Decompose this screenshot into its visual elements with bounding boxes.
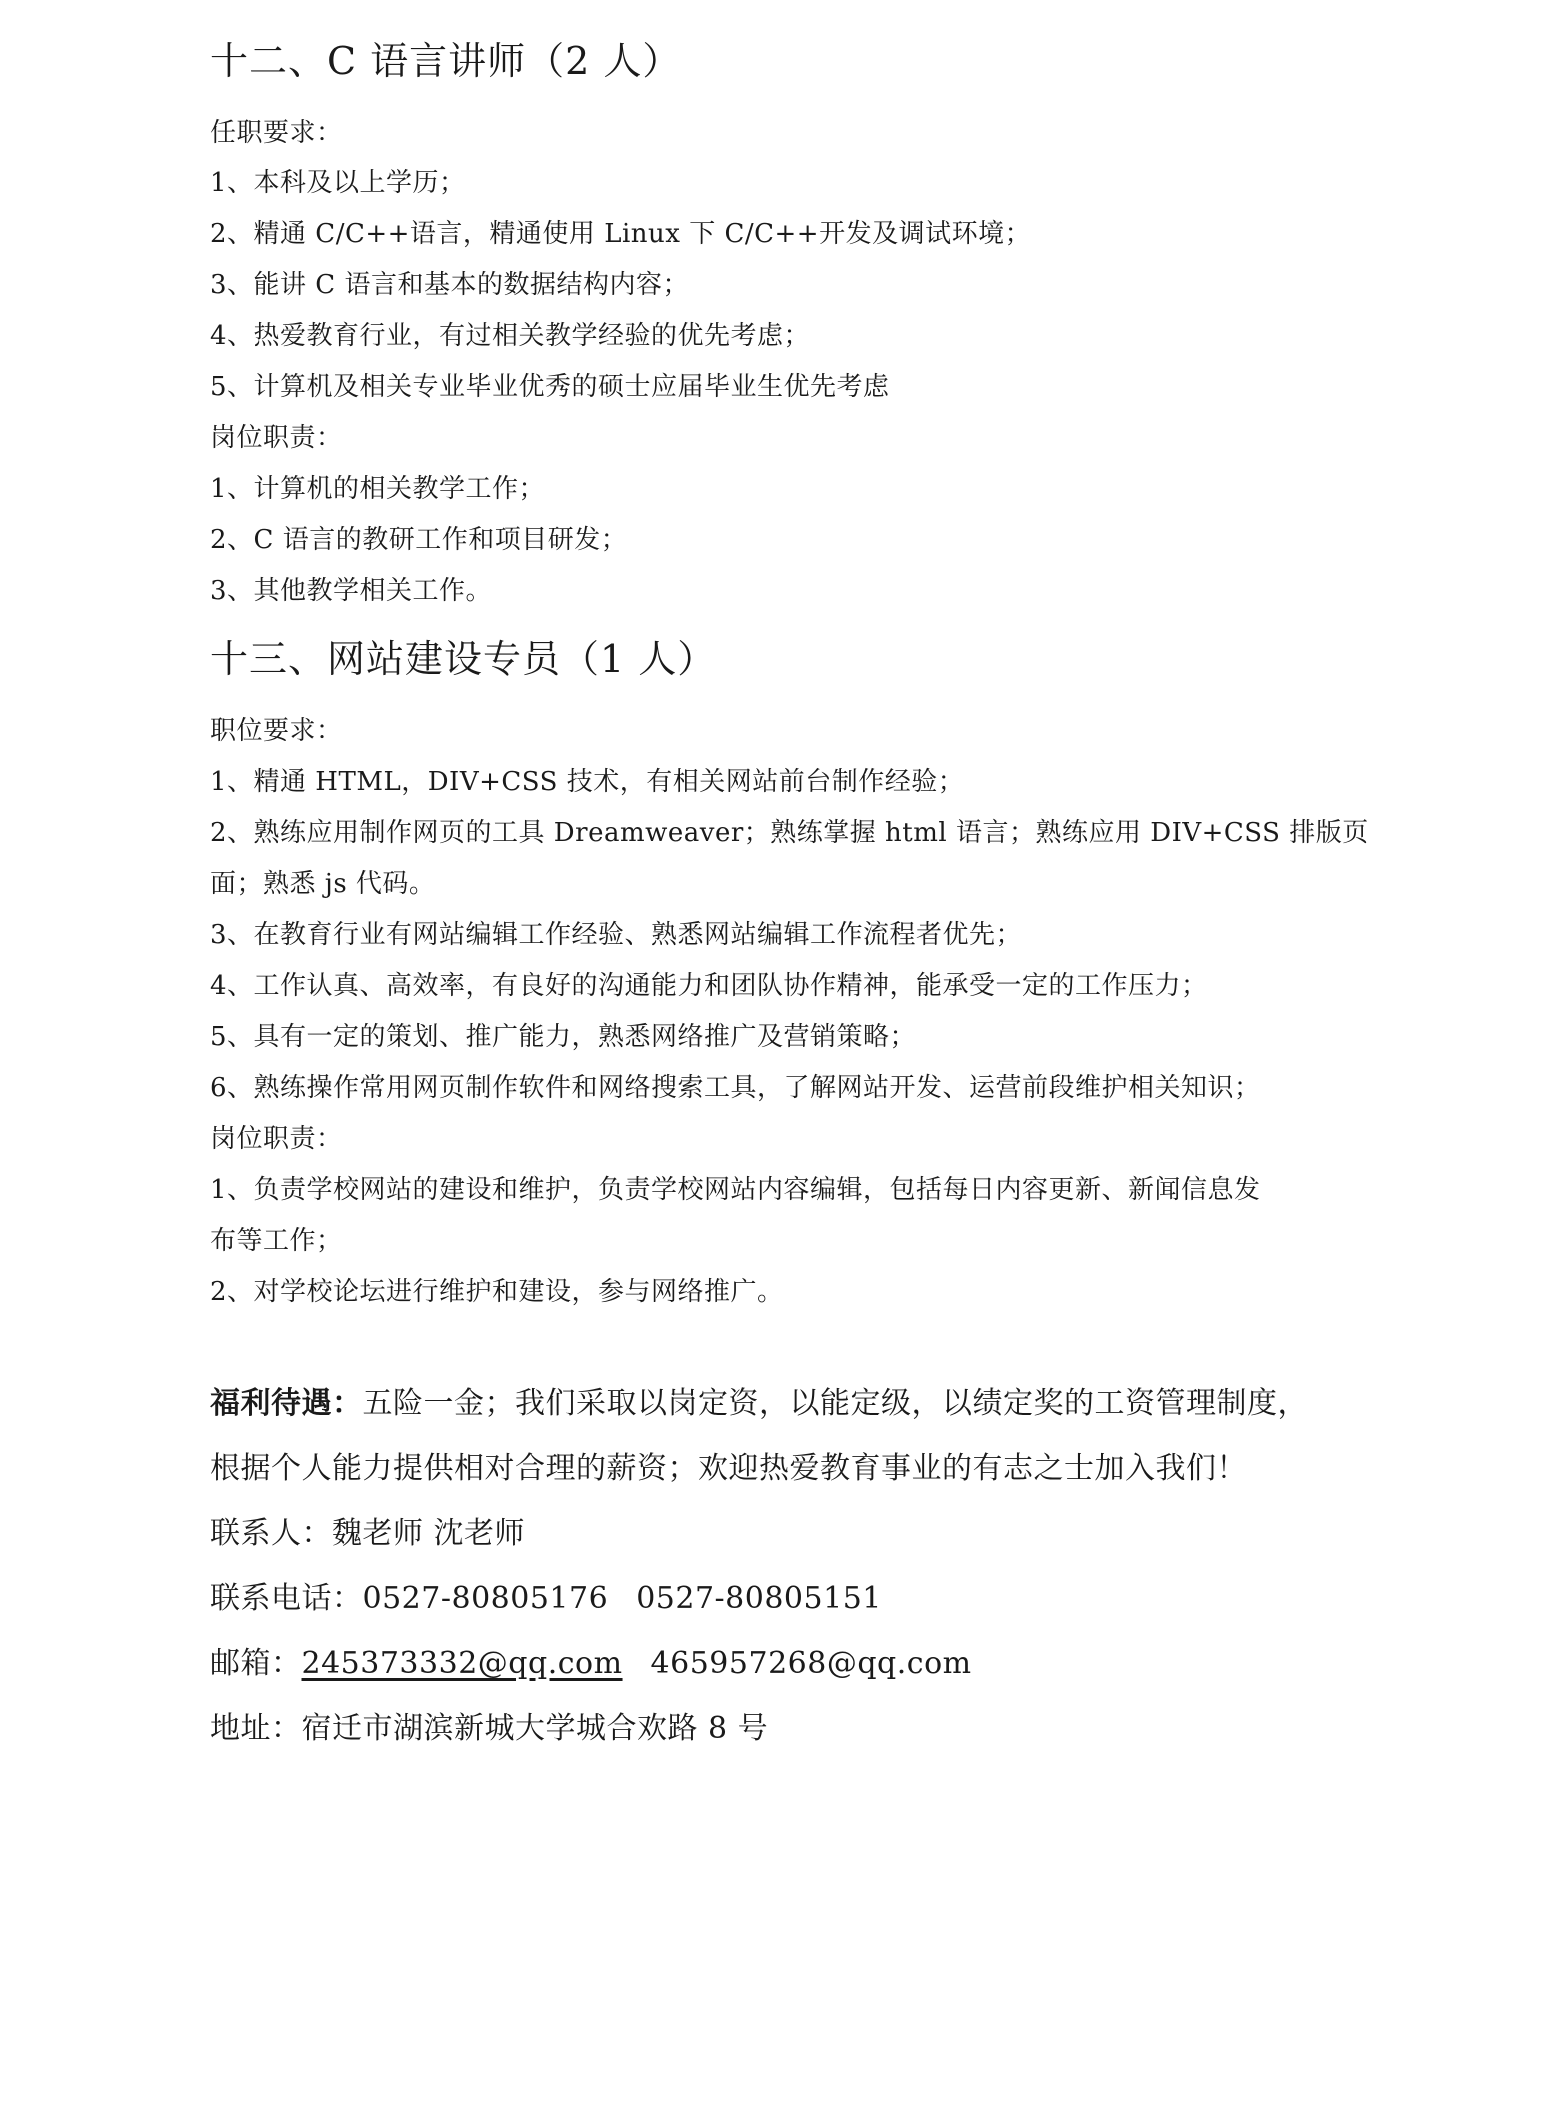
section-12-req-5: 5、计算机及相关专业毕业优秀的硕士应届毕业生优先考虑 [210,366,890,403]
section-12-duty-label: 岗位职责： [210,417,343,454]
section-13-req-5: 5、具有一定的策划、推广能力，熟悉网络推广及营销策略； [210,1016,916,1053]
section-12-title: 十二、C 语言讲师（2 人） [210,30,681,85]
section-13-req-2: 2、熟练应用制作网页的工具 Dreamweaver；熟练掌握 html 语言；熟… [210,812,1369,849]
contact-phone-line: 联系电话：0527-808051760527-80805151 [210,1573,882,1617]
contact-persons: 魏老师 沈老师 [332,1516,525,1551]
section-13-req-3: 3、在教育行业有网站编辑工作经验、熟悉网站编辑工作流程者优先； [210,914,1022,951]
section-13-duty-label: 岗位职责： [210,1118,343,1155]
section-13-duty-1: 1、负责学校网站的建设和维护，负责学校网站内容编辑，包括每日内容更新、新闻信息发 [210,1169,1261,1206]
document-page: 十二、C 语言讲师（2 人） 任职要求： 1、本科及以上学历； 2、精通 C/C… [0,0,1557,2112]
contact-email-line: 邮箱：245373332@qq.com465957268@qq.com [210,1638,972,1682]
section-12-duty-1: 1、计算机的相关教学工作； [210,468,545,505]
contact-email-1-link[interactable]: 245373332@qq.com [302,1646,623,1681]
section-13-title: 十三、网站建设专员（1 人） [210,628,716,683]
welfare-line-1: 福利待遇：五险一金；我们采取以岗定资，以能定级，以绩定奖的工资管理制度， [210,1378,1308,1422]
contact-address-line: 地址：宿迁市湖滨新城大学城合欢路 8 号 [210,1703,768,1747]
section-12-req-2: 2、精通 C/C++语言，精通使用 Linux 下 C/C++开发及调试环境； [210,213,1031,250]
section-12-duty-3: 3、其他教学相关工作。 [210,570,492,607]
section-12-req-4: 4、热爱教育行业，有过相关教学经验的优先考虑； [210,315,810,352]
welfare-label: 福利待遇： [210,1386,363,1421]
contact-phone-1: 0527-80805176 [363,1581,609,1616]
section-13-req-4: 4、工作认真、高效率，有良好的沟通能力和团队协作精神，能承受一定的工作压力； [210,965,1208,1002]
welfare-text-1: 五险一金；我们采取以岗定资，以能定级，以绩定奖的工资管理制度， [363,1386,1309,1421]
section-13-req-1: 1、精通 HTML，DIV+CSS 技术，有相关网站前台制作经验； [210,761,964,798]
contact-address-label: 地址： [210,1711,302,1746]
welfare-line-2: 根据个人能力提供相对合理的薪资；欢迎热爱教育事业的有志之士加入我们！ [210,1443,1247,1487]
contact-phone-2: 0527-80805151 [636,1581,882,1616]
contact-email-2: 465957268@qq.com [651,1646,972,1681]
contact-person-line: 联系人：魏老师 沈老师 [210,1508,525,1552]
contact-email-label: 邮箱： [210,1646,302,1681]
contact-person-label: 联系人： [210,1516,332,1551]
section-13-req-label: 职位要求： [210,710,343,747]
section-13-req-6: 6、熟练操作常用网页制作软件和网络搜索工具，了解网站开发、运营前段维护相关知识； [210,1067,1261,1104]
section-13-duty-2: 2、对学校论坛进行维护和建设，参与网络推广。 [210,1271,784,1308]
section-12-duty-2: 2、C 语言的教研工作和项目研发； [210,519,627,556]
section-12-req-label: 任职要求： [210,112,343,149]
section-12-req-1: 1、本科及以上学历； [210,162,466,199]
contact-phone-label: 联系电话： [210,1581,363,1616]
section-13-duty-1-cont: 布等工作； [210,1220,343,1257]
contact-address: 宿迁市湖滨新城大学城合欢路 8 号 [302,1711,769,1746]
section-12-req-3: 3、能讲 C 语言和基本的数据结构内容； [210,264,689,301]
section-13-req-2-cont: 面；熟悉 js 代码。 [210,863,435,900]
